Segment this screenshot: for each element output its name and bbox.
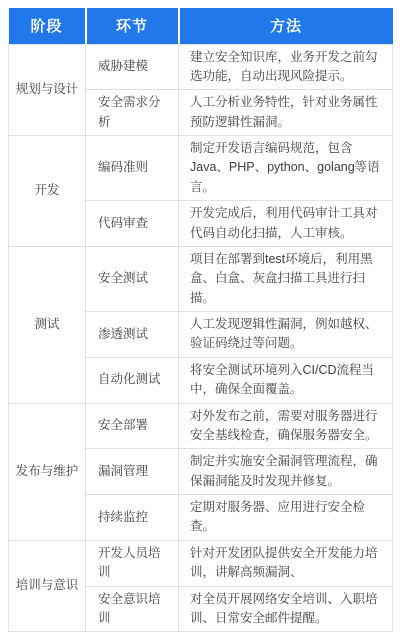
step-cell: 安全意识培训: [86, 586, 179, 632]
sdl-process-table: 阶段 环节 方法 规划与设计威胁建模建立安全知识库，业务开发之前勾选功能，自动出…: [8, 8, 393, 632]
table-row: 培训与意识开发人员培训针对开发团队提供安全开发能力培训，讲解高频漏洞、: [9, 540, 393, 586]
method-cell: 人工发现逻辑性漏洞，例如越权、验证码绕过等问题。: [179, 312, 393, 358]
step-cell: 安全测试: [86, 246, 179, 311]
step-cell: 安全部署: [86, 403, 179, 449]
stage-cell: 开发: [9, 136, 86, 247]
header-stage: 阶段: [9, 8, 86, 44]
method-cell: 对外发布之前，需要对服务器进行安全基线检查，确保服务器安全。: [179, 403, 393, 449]
step-cell: 开发人员培训: [86, 540, 179, 586]
header-method: 方法: [179, 8, 393, 44]
step-cell: 持续监控: [86, 495, 179, 541]
step-cell: 自动化测试: [86, 357, 179, 403]
step-cell: 威胁建模: [86, 44, 179, 90]
page: 阶段 环节 方法 规划与设计威胁建模建立安全知识库，业务开发之前勾选功能，自动出…: [0, 0, 400, 562]
table-row: 发布与维护安全部署对外发布之前，需要对服务器进行安全基线检查，确保服务器安全。: [9, 403, 393, 449]
stage-cell: 测试: [9, 246, 86, 403]
step-cell: 渗透测试: [86, 312, 179, 358]
step-cell: 代码审查: [86, 201, 179, 247]
stage-cell: 培训与意识: [9, 540, 86, 632]
stage-cell: 发布与维护: [9, 403, 86, 540]
method-cell: 制定并实施安全漏洞管理流程，确保漏洞能及时发现并修复。: [179, 449, 393, 495]
method-cell: 建立安全知识库，业务开发之前勾选功能，自动出现风险提示。: [179, 44, 393, 90]
method-cell: 开发完成后，利用代码审计工具对代码自动化扫描，人工审核。: [179, 201, 393, 247]
method-cell: 项目在部署到test环境后，利用黑盒、白盒、灰盒扫描工具进行扫描。: [179, 246, 393, 311]
method-cell: 将安全测试环境列入CI/CD流程当中，确保全面覆盖。: [179, 357, 393, 403]
table-row: 测试安全测试项目在部署到test环境后，利用黑盒、白盒、灰盒扫描工具进行扫描。: [9, 246, 393, 311]
method-cell: 定期对服务器、应用进行安全检查。: [179, 495, 393, 541]
step-cell: 安全需求分析: [86, 90, 179, 136]
stage-cell: 规划与设计: [9, 44, 86, 136]
table-row: 开发编码准则制定开发语言编码规范，包含Java、PHP、python、golan…: [9, 136, 393, 201]
header-row: 阶段 环节 方法: [9, 8, 393, 44]
table-body: 规划与设计威胁建模建立安全知识库，业务开发之前勾选功能，自动出现风险提示。安全需…: [9, 44, 393, 632]
method-cell: 人工分析业务特性，针对业务属性预防逻辑性漏洞。: [179, 90, 393, 136]
method-cell: 针对开发团队提供安全开发能力培训，讲解高频漏洞、: [179, 540, 393, 586]
method-cell: 制定开发语言编码规范，包含Java、PHP、python、golang等语言。: [179, 136, 393, 201]
step-cell: 漏洞管理: [86, 449, 179, 495]
table-header: 阶段 环节 方法: [9, 8, 393, 44]
method-cell: 对全员开展网络安全培训、入职培训、日常安全邮件提醒。: [179, 586, 393, 632]
table-row: 规划与设计威胁建模建立安全知识库，业务开发之前勾选功能，自动出现风险提示。: [9, 44, 393, 90]
header-step: 环节: [86, 8, 179, 44]
step-cell: 编码准则: [86, 136, 179, 201]
